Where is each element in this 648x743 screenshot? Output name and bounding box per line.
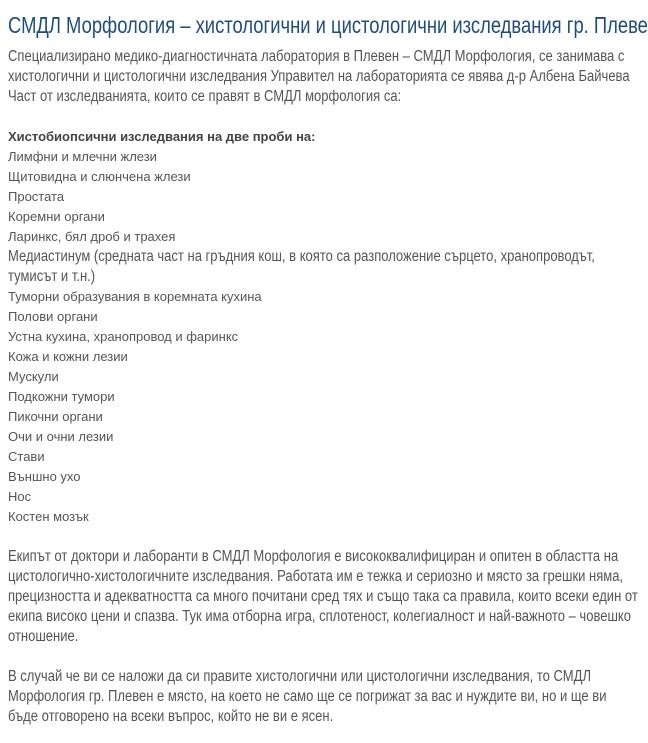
list-item: Коремни органи bbox=[8, 207, 648, 227]
list-item: Пикочни органи bbox=[8, 407, 648, 427]
team-paragraph: Екипът от доктори и лаборанти в СМДЛ Мор… bbox=[8, 547, 640, 647]
list-item: Външно ухо bbox=[8, 467, 648, 487]
page-title: СМДЛ Морфология – хистологични и цистоло… bbox=[8, 10, 648, 40]
closing-paragraph: В случай че ви се наложи да си правите х… bbox=[8, 667, 640, 727]
examinations-section: Хистобиопсични изследвания на две проби … bbox=[8, 127, 648, 527]
intro-paragraph: Специализирано медико-диагностичната лаб… bbox=[8, 47, 640, 107]
list-item: Щитовидна и слюнчена жлези bbox=[8, 167, 648, 187]
list-item: Медиастинум (средната част на гръдния ко… bbox=[8, 247, 640, 287]
list-heading: Хистобиопсични изследвания на две проби … bbox=[8, 127, 648, 147]
list-item: Туморни образувания в коремната кухина bbox=[8, 287, 648, 307]
list-item: Нос bbox=[8, 487, 648, 507]
list-item: Простата bbox=[8, 187, 648, 207]
list-item: Устна кухина, хранопровод и фаринкс bbox=[8, 327, 648, 347]
list-item: Полови органи bbox=[8, 307, 648, 327]
examinations-list: Лимфни и млечни жлези Щитовидна и слюнче… bbox=[8, 147, 648, 527]
list-item: Ларинкс, бял дроб и трахея bbox=[8, 227, 648, 247]
list-item: Стави bbox=[8, 447, 648, 467]
list-item: Костен мозък bbox=[8, 507, 648, 527]
list-item: Кожа и кожни лезии bbox=[8, 347, 648, 367]
list-item: Очи и очни лезии bbox=[8, 427, 648, 447]
list-item: Лимфни и млечни жлези bbox=[8, 147, 648, 167]
list-item: Подкожни тумори bbox=[8, 387, 648, 407]
list-item: Мускули bbox=[8, 367, 648, 387]
